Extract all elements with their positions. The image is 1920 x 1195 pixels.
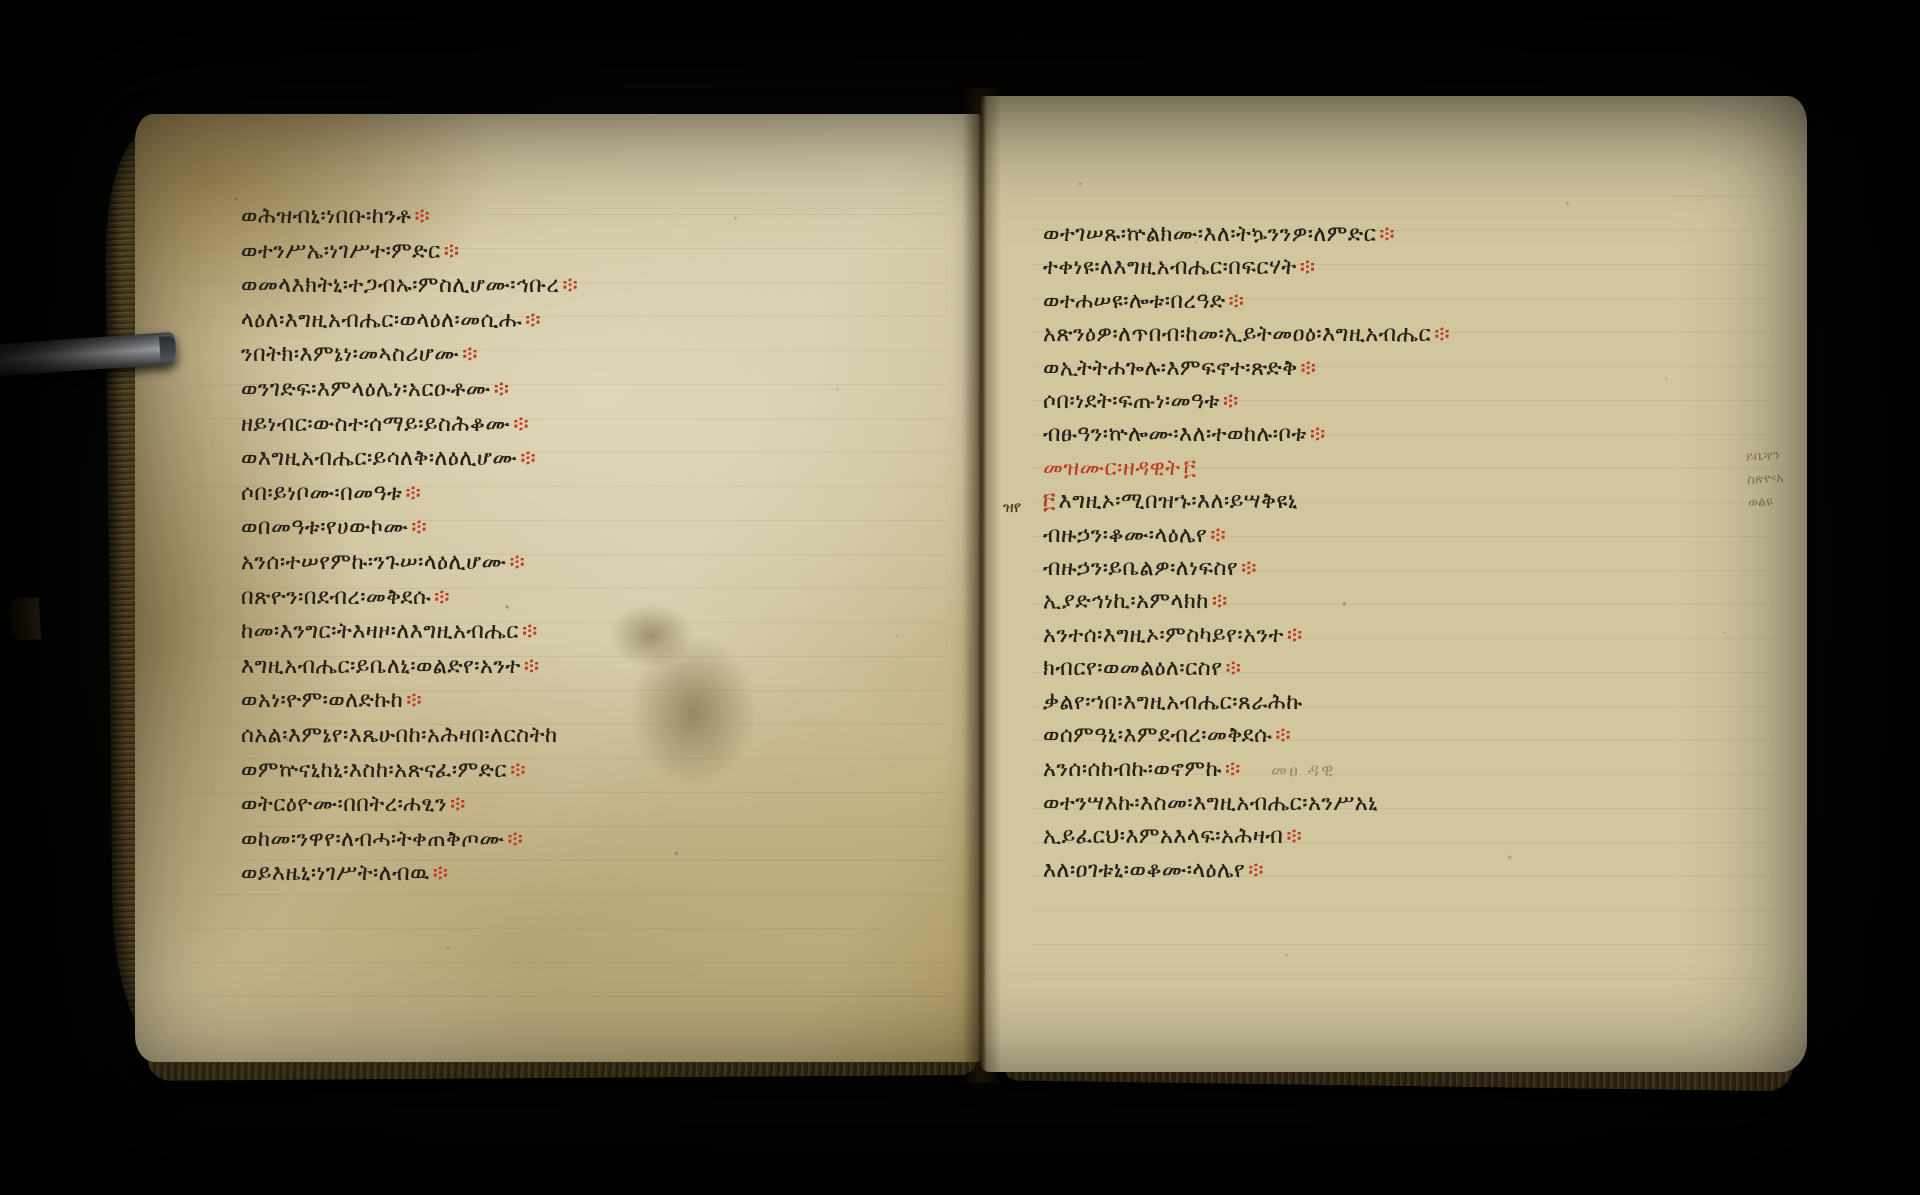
manuscript-line: ወሕዝብኒ፡ነበቡ፡ከንቶ፨: [241, 200, 841, 235]
rubric-heading-line: መዝሙር፡ዘዳዊት፫: [1043, 452, 1603, 485]
line-text: መዝሙር፡ዘዳዊት: [1043, 456, 1181, 481]
right-page-text: ወተገሠጹ፡ኵልክሙ፡እለ፡ትኴንንዎ፡ለምድር፨ተቀነዩ፡ለእግዚአብሔር፡በ…: [1043, 218, 1603, 887]
manuscript-line: ወተገሠጹ፡ኵልክሙ፡እለ፡ትኴንንዎ፡ለምድር፨: [1043, 218, 1603, 251]
section-cross-mark: ፨: [491, 377, 510, 402]
manuscript-line: ወምኵናኒከኒ፡እስከ፡አጽናፈ፡ምድር፨: [241, 754, 841, 789]
section-cross-mark: ፨: [507, 758, 526, 783]
line-text: ብዙኃን፡ይቤልዎ፡ለነፍስየ: [1043, 556, 1238, 581]
section-cross-mark: ፨: [1207, 523, 1226, 548]
manuscript-line: ከመ፡እንግር፡ትእዛዞ፡ለእግዚአብሔር፨: [241, 615, 841, 650]
section-cross-mark: ፨: [411, 204, 430, 229]
line-text: ሰአል፡እምኔየ፡እጼሁበከ፡አሕዛበ፡ለርስትከ: [241, 723, 558, 748]
manuscript-line: ወንገድፍ፡እምላዕሌነ፡አርዑቶሙ፨: [241, 373, 841, 408]
line-text: ወንገድፍ፡እምላዕሌነ፡አርዑቶሙ: [241, 377, 491, 402]
section-cross-mark: ፫: [1181, 456, 1197, 481]
line-text: አንሰ፡ሰከብኩ፡ወኖምኩ: [1043, 757, 1222, 782]
line-text: ወአነ፡ዮም፡ወለድኩከ: [241, 688, 403, 713]
section-cross-mark: ፨: [522, 308, 541, 333]
line-text: አንተሰ፡እግዚኦ፡ምስካይየ፡አንተ: [1043, 623, 1284, 648]
section-cross-mark: ፨: [521, 654, 540, 679]
section-cross-mark: ፨: [510, 412, 529, 437]
section-cross-mark: ፨: [1220, 389, 1239, 414]
manuscript-line: ብዙኃን፡ቆሙ፡ላዕሌየ፨: [1043, 519, 1603, 552]
manuscript-line: ብፁዓን፡ኵሎሙ፡እለ፡ተወከሉ፡ቦቱ፨: [1043, 418, 1603, 451]
manuscript-line: ዘይነብር፡ውስተ፡ሰማይ፡ይስሕቆሙ፨: [241, 408, 841, 443]
section-cross-mark: ፨: [504, 827, 523, 852]
line-text: እግዚአብሔር፡ይቤለኒ፡ወልድየ፡አንተ: [241, 654, 521, 679]
section-cross-mark: ፨: [1272, 723, 1291, 748]
section-cross-mark: ፨: [403, 688, 422, 713]
manuscript-photo: ወሕዝብኒ፡ነበቡ፡ከንቶ፨ወተንሥኤ፡ነገሥተ፡ምድር፨ወመላእክትኒ፡ተጋብ…: [0, 0, 1920, 1195]
line-text: ብፁዓን፡ኵሎሙ፡እለ፡ተወከሉ፡ቦቱ: [1043, 422, 1307, 447]
line-text: ብዙኃን፡ቆሙ፡ላዕሌየ: [1043, 523, 1207, 548]
section-cross-mark: ፨: [1222, 656, 1241, 681]
manuscript-line: ተቀነዩ፡ለእግዚአብሔር፡በፍርሃት፨: [1043, 251, 1603, 284]
manuscript-line: ወተንሣእኩ፡እስመ፡እግዚአብሔር፡አንሥአኒ: [1043, 787, 1603, 820]
manuscript-line: ቃልየ፡ኀበ፡እግዚአብሔር፡ጸራሕኩ: [1043, 686, 1603, 719]
section-cross-mark: ፨: [1376, 222, 1395, 247]
manuscript-line: ኢይፈርህ፡እምአእላፍ፡አሕዛብ፨: [1043, 820, 1603, 853]
manuscript-line: አንተሰ፡እግዚኦ፡ምስካይየ፡አንተ፨: [1043, 619, 1603, 652]
line-text: ከመ፡እንግር፡ትእዛዞ፡ለእግዚአብሔር: [241, 619, 519, 644]
section-cross-mark: ፨: [1226, 289, 1245, 314]
line-text: ወተንሣእኩ፡እስመ፡እግዚአብሔር፡አንሥአኒ: [1043, 791, 1378, 816]
manuscript-line: እለ፡ዐገቱኒ፡ወቆሙ፡ላዕሌየ፨: [1043, 854, 1603, 887]
section-cross-mark: ፨: [430, 861, 449, 886]
margin-note: ዝየ: [1003, 491, 1021, 524]
section-cross-mark: ፨: [1307, 422, 1326, 447]
section-cross-mark: ፨: [1298, 356, 1317, 381]
manuscript-line: ወመላእክትኒ፡ተጋብኡ፡ምስሊሆሙ፡ኅቡረ፨: [241, 269, 841, 304]
manuscript-line: ዝየ፫እግዚኦ፡ሚበዝኁ፡እለ፡ይሣቅዩኒ: [1043, 485, 1603, 518]
manuscript-line: ወተንሥኤ፡ነገሥተ፡ምድር፨: [241, 235, 841, 270]
manuscript-line: ወሰምዓኒ፡እምደብረ፡መቅደሱ፨: [1043, 719, 1603, 752]
line-text: ወከመ፡ንዋየ፡ለብሓ፡ትቀጠቅጦሙ: [241, 827, 504, 852]
line-text: ወተሐሠዩ፡ሎቱ፡በረዓድ: [1043, 289, 1226, 314]
line-text: ንበትክ፡እምኔነ፡መኣስሪሆሙ: [241, 342, 459, 367]
manuscript-line: ላዕለ፡እግዚአብሔር፡ወላዕለ፡መሲሑ፨: [241, 304, 841, 339]
line-text: ዘይነብር፡ውስተ፡ሰማይ፡ይስሕቆሙ: [241, 412, 510, 437]
section-cross-mark: ፨: [517, 446, 536, 471]
section-cross-mark: ፨: [1245, 858, 1264, 883]
line-text: አጽንዕዎ፡ለጥበብ፡ከመ፡ኢይትመዐዕ፡እግዚአብሔር: [1043, 322, 1431, 347]
faded-gloss: መፀ ዳዊ: [1241, 760, 1336, 781]
manuscript-line: ሶበ፡ይነቦሙ፡በመዓቱ፨: [241, 477, 841, 512]
psalm-number-red: ፫: [1043, 489, 1059, 514]
manuscript-line: ኢያድኅነኪ፡አምላክከ፨: [1043, 585, 1603, 618]
manuscript-line: ወአነ፡ዮም፡ወለድኩከ፨: [241, 684, 841, 719]
section-cross-mark: ፨: [431, 585, 450, 610]
manuscript-line: በጽዮን፡በደብረ፡መቅደሱ፨: [241, 581, 841, 616]
section-cross-mark: ፨: [1238, 556, 1257, 581]
open-book: ወሕዝብኒ፡ነበቡ፡ከንቶ፨ወተንሥኤ፡ነገሥተ፡ምድር፨ወመላእክትኒ፡ተጋብ…: [105, 88, 1817, 1083]
line-text: ሶበ፡ይነቦሙ፡በመዓቱ: [241, 481, 402, 506]
line-text: ወመላእክትኒ፡ተጋብኡ፡ምስሊሆሙ፡ኅቡረ: [241, 273, 559, 298]
manuscript-line: ወበመዓቱ፡የሀውኮሙ፨: [241, 511, 841, 546]
section-cross-mark: ፨: [506, 550, 525, 575]
line-text: እለ፡ዐገቱኒ፡ወቆሙ፡ላዕሌየ: [1043, 858, 1245, 883]
manuscript-line: ወተሐሠዩ፡ሎቱ፡በረዓድ፨: [1043, 285, 1603, 318]
section-cross-mark: ፨: [1283, 824, 1302, 849]
manuscript-line: ወከመ፡ንዋየ፡ለብሓ፡ትቀጠቅጦሙ፨: [241, 823, 841, 858]
section-cross-mark: ፨: [408, 515, 427, 540]
line-text: ክብርየ፡ወመልዕለ፡ርስየ: [1043, 656, 1222, 681]
manuscript-line: ወትርዕዮሙ፡በበትረ፡ሐፂን፨: [241, 788, 841, 823]
manuscript-line: እግዚአብሔር፡ይቤለኒ፡ወልድየ፡አንተ፨: [241, 650, 841, 685]
section-cross-mark: ፨: [1209, 589, 1228, 614]
line-text: ወተንሥኤ፡ነገሥተ፡ምድር: [241, 239, 441, 264]
line-text: በጽዮን፡በደብረ፡መቅደሱ: [241, 585, 431, 610]
section-cross-mark: ፨: [1222, 757, 1241, 782]
line-text: አንሰ፡ተሠየምኩ፡ንጉሠ፡ላዕሊሆሙ: [241, 550, 506, 575]
line-text: ወኢትትሐጐሉ፡እምፍኖተ፡ጽድቅ: [1043, 356, 1298, 381]
line-text: ወበመዓቱ፡የሀውኮሙ: [241, 515, 408, 540]
line-text: እግዚኦ፡ሚበዝኁ፡እለ፡ይሣቅዩኒ: [1059, 489, 1298, 514]
line-text: ተቀነዩ፡ለእግዚአብሔር፡በፍርሃት: [1043, 255, 1297, 280]
line-text: ወሕዝብኒ፡ነበቡ፡ከንቶ: [241, 204, 411, 229]
section-cross-mark: ፨: [1431, 322, 1450, 347]
manuscript-line: ሶበ፡ነደት፡ፍጡነ፡መዓቱ፨: [1043, 385, 1603, 418]
line-text: ላዕለ፡እግዚአብሔር፡ወላዕለ፡መሲሑ: [241, 308, 522, 333]
manuscript-line: ወእግዚአብሔር፡ይሳለቅ፡ለዕሊሆሙ፨: [241, 442, 841, 477]
line-text: ኢያድኅነኪ፡አምላክከ: [1043, 589, 1209, 614]
line-text: ወተገሠጹ፡ኵልክሙ፡እለ፡ትኴንንዎ፡ለምድር: [1043, 222, 1376, 247]
section-cross-mark: ፨: [1284, 623, 1303, 648]
manuscript-line: ሰአል፡እምኔየ፡እጼሁበከ፡አሕዛበ፡ለርስትከ: [241, 719, 841, 754]
section-cross-mark: ፨: [441, 239, 460, 264]
line-text: ወምኵናኒከኒ፡እስከ፡አጽናፈ፡ምድር: [241, 758, 507, 783]
manuscript-line: ብዙኃን፡ይቤልዎ፡ለነፍስየ፨: [1043, 552, 1603, 585]
line-text: ወሰምዓኒ፡እምደብረ፡መቅደሱ: [1043, 723, 1272, 748]
manuscript-line: ወይእዜኒ፡ነገሥት፡ለብዉ፨: [241, 857, 841, 892]
section-cross-mark: ፨: [1297, 255, 1316, 280]
line-text: ሶበ፡ነደት፡ፍጡነ፡መዓቱ: [1043, 389, 1220, 414]
margin-gloss-line: ወልዩ: [1748, 488, 1819, 515]
leather-tab: [9, 597, 41, 641]
manuscript-line: ንበትክ፡እምኔነ፡መኣስሪሆሙ፨: [241, 338, 841, 373]
line-text: ኢይፈርህ፡እምአእላፍ፡አሕዛብ: [1043, 824, 1283, 849]
left-page-text: ወሕዝብኒ፡ነበቡ፡ከንቶ፨ወተንሥኤ፡ነገሥተ፡ምድር፨ወመላእክትኒ፡ተጋብ…: [241, 200, 841, 892]
line-text: ቃልየ፡ኀበ፡እግዚአብሔር፡ጸራሕኩ: [1043, 690, 1302, 715]
manuscript-line: አንሰ፡ሰከብኩ፡ወኖምኩ፨መፀ ዳዊ: [1043, 753, 1603, 787]
section-cross-mark: ፨: [459, 342, 478, 367]
section-cross-mark: ፨: [402, 481, 421, 506]
line-text: ወይእዜኒ፡ነገሥት፡ለብዉ: [241, 861, 430, 886]
manuscript-line: አንሰ፡ተሠየምኩ፡ንጉሠ፡ላዕሊሆሙ፨: [241, 546, 841, 581]
section-cross-mark: ፨: [559, 273, 578, 298]
line-text: ወእግዚአብሔር፡ይሳለቅ፡ለዕሊሆሙ: [241, 446, 517, 471]
section-cross-mark: ፨: [447, 792, 466, 817]
manuscript-line: አጽንዕዎ፡ለጥበብ፡ከመ፡ኢይትመዐዕ፡እግዚአብሔር፨: [1043, 318, 1603, 351]
line-text: ወትርዕዮሙ፡በበትረ፡ሐፂን: [241, 792, 447, 817]
manuscript-line: ክብርየ፡ወመልዕለ፡ርስየ፨: [1043, 652, 1603, 685]
manuscript-line: ወኢትትሐጐሉ፡እምፍኖተ፡ጽድቅ፨: [1043, 352, 1603, 385]
section-cross-mark: ፨: [519, 619, 538, 644]
margin-gloss: ይቤ፡የንስጽዮ፡አወልዩ: [1745, 442, 1819, 515]
